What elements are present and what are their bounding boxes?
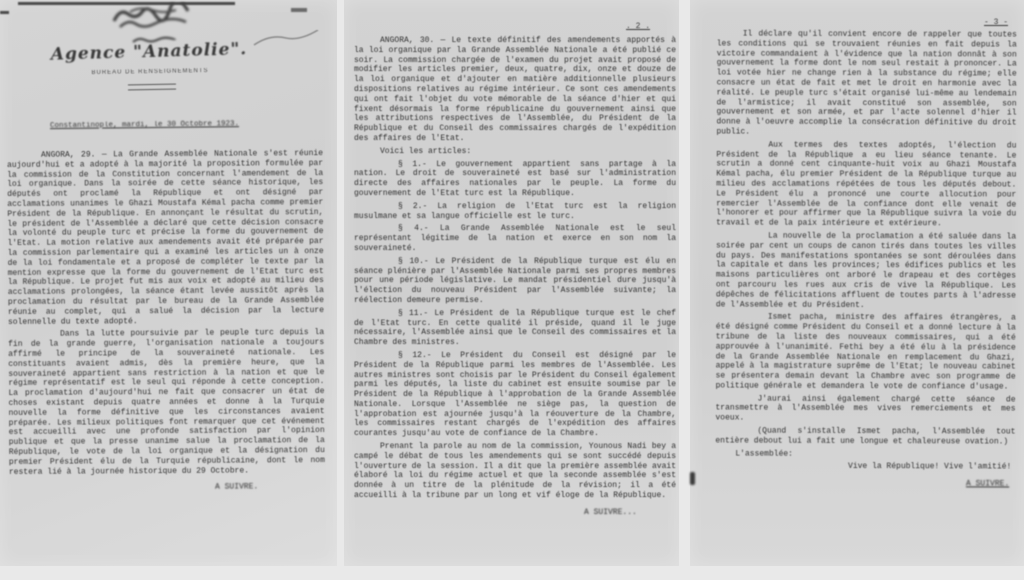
page-2-text-column: ANGORA, 30. — Le texte définitif des ame… [354,36,676,518]
agency-title: Agence "Anatolie". [34,39,264,65]
closing-line: L'assemblée: [715,449,1015,460]
typed-paragraph: ANGORA, 29. — La Grande Assemblée Nation… [7,149,324,327]
typed-paragraph: § 4.- La Grande Assemblée Nationale est … [354,224,676,253]
typed-paragraph: La nouvelle de la proclamation a été sal… [716,231,1016,310]
typed-paragraph: ANGORA, 30. — Le texte définitif des ame… [354,36,676,144]
scan-edge-artifact [291,8,307,12]
continuation-mark: A SUIVRE. [215,482,325,492]
typed-paragraph: Ismet pacha, ministre des affaires étran… [716,313,1016,392]
typed-paragraph: § 12.- Le Président du Conseil est désig… [354,351,676,439]
ink-blot-artifact [690,472,695,485]
continuation-mark: A SUIVRE. [715,479,1009,490]
page-number: - 3 - [984,18,1008,27]
scan-page-1: Agence "Anatolie". BUREAU DE RENSEIGNEME… [0,0,337,566]
typed-paragraph: Aux termes des textes adoptés, l'électio… [716,140,1016,229]
scan-page-2: . 2 . ANGORA, 30. — Le texte définitif d… [344,0,679,566]
typed-paragraph: § 2.- La religion de l'Etat turc est la … [354,202,676,222]
closing-acclamation: Vive la République! Vive l'amitié! [715,462,1011,473]
typed-paragraph: Prenant la parole au nom de la commissio… [354,442,676,501]
scanned-document-view: Agence "Anatolie". BUREAU DE RENSEIGNEME… [0,0,1024,580]
typed-paragraph: Voici les articles: [354,147,676,157]
closing-line: J'aurai ainsi également chargé cette séa… [715,394,1015,424]
dateline: Constantinople, mardi, le 30 Octobre 192… [50,120,262,130]
typed-paragraph: § 10.- Le Président de la République tur… [354,257,676,306]
typed-paragraph: Dans la lutte poursuivie par le peuple t… [8,328,325,477]
ottoman-seal-stamp-icon [110,3,194,33]
agency-subtitle: BUREAU DE RENSEIGNEMENTS [84,68,216,76]
typed-paragraph: § 11.- Le Président de la République tur… [354,309,676,348]
page-3-text-column: Il déclare qu'il convient encore de rapp… [715,29,1017,489]
typed-paragraph: § 1.- Le gouvernement appartient sans pa… [354,160,676,199]
letterhead-rule [128,84,176,91]
scan-edge-artifact [0,11,9,14]
continuation-mark: A SUIVRE... [584,508,676,518]
closing-line: (Quand s'installe Ismet pacha, l'Assembl… [715,427,1015,448]
scan-page-3: - 3 - Il déclare qu'il convient encore d… [690,0,1024,566]
page-number: . 2 . [626,22,650,31]
typed-paragraph: Il déclare qu'il convient encore de rapp… [716,29,1016,138]
page-1-text-column: ANGORA, 29. — La Grande Assemblée Nation… [7,149,325,494]
